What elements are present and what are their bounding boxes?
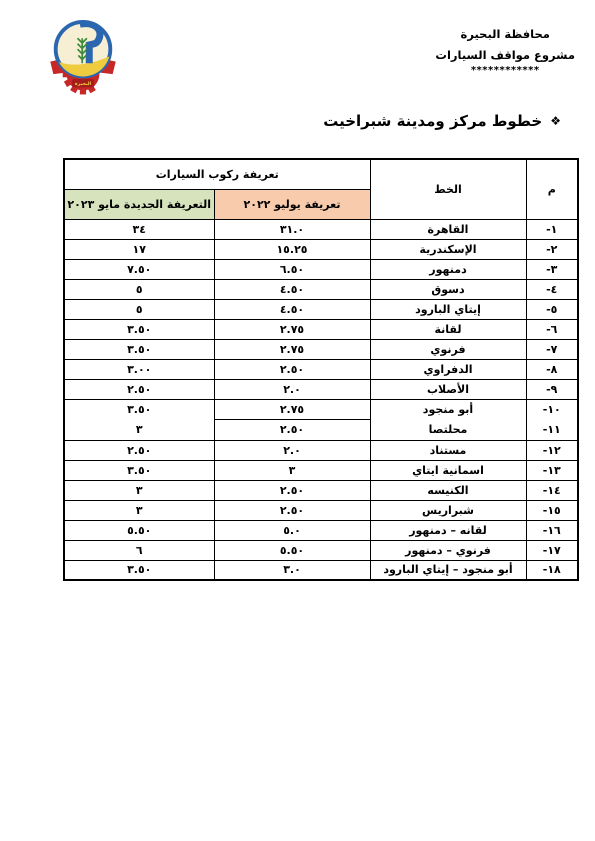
org-name: محافظة البحيرة [435,24,575,45]
row-number-cell: ١٠-١١- [526,399,578,440]
table-row: ١٤-الكنيسه٢.٥٠٣ [64,480,578,500]
row-number-cell: ١٧- [526,540,578,560]
line-name-cell: أبو منجود – إيتاي البارود [370,560,526,580]
new-fare-cell: ٥ [64,299,214,319]
table-row: ١٣-اسمانية ايتاي٣٣.٥٠ [64,460,578,480]
table-row: ١٠-١١-أبو منجودمحلتصا٢.٧٥٣.٥٠٣ [64,399,578,420]
governorate-logo: البحيرة [44,14,122,100]
new-fare-cell: ٣.٥٠ [64,339,214,359]
line-name-cell: فرنوي [370,339,526,359]
new-fare-cell: ٣.٥٠ [64,560,214,580]
row-number-cell: ٦- [526,319,578,339]
org-project: مشروع مواقف السيارات [435,45,575,66]
july-fare-cell: ٤.٥٠ [214,299,370,319]
new-fare-cell: ٣ [64,480,214,500]
table-row: ٥-إيتاي البارود٤.٥٠٥ [64,299,578,319]
line-name-cell: القاهرة [370,219,526,239]
merged-cell-line: أبو منجود [371,400,526,420]
line-name-cell: الأصلاب [370,379,526,399]
merged-cell-line: ١١- [527,420,578,440]
new-fare-cell: ٥ [64,279,214,299]
july-fare-cell: ٣ [214,460,370,480]
table-row: ١٦-لقانه – دمنهور٥.٠٥.٥٠ [64,520,578,540]
line-name-cell: الكنيسه [370,480,526,500]
fares-table-header: م الخط تعريفة ركوب السيارات تعريفة يوليو… [64,159,578,219]
new-fare-cell: ٦ [64,540,214,560]
org-header: محافظة البحيرة مشروع مواقف السيارات ****… [435,24,575,75]
july-fare-cell: ٢.٧٥ [214,319,370,339]
july-fare-cell: ٥.٠ [214,520,370,540]
new-fare-cell: ٧.٥٠ [64,259,214,279]
new-fare-cell: ٣.٥٠ [64,319,214,339]
banner-text: البحيرة [75,81,92,87]
july-fare-cell: ٣١.٠ [214,219,370,239]
new-fare-cell: ٣ [64,500,214,520]
row-number-cell: ٣- [526,259,578,279]
new-fare-cell: ٣.٠٠ [64,359,214,379]
row-number-cell: ٨- [526,359,578,379]
table-row: ٩-الأصلاب٢.٠٢.٥٠ [64,379,578,399]
table-row: ١-القاهرة٣١.٠٣٤ [64,219,578,239]
new-fare-cell: ٢.٥٠ [64,379,214,399]
row-number-cell: ٢- [526,239,578,259]
row-number-cell: ١٤- [526,480,578,500]
row-number-cell: ١٥- [526,500,578,520]
line-name-cell: لقانة [370,319,526,339]
new-fare-cell: ٣.٥٠ [64,460,214,480]
line-name-cell: لقانه – دمنهور [370,520,526,540]
table-row: ٧-فرنوي٢.٧٥٣.٥٠ [64,339,578,359]
fares-table-body: ١-القاهرة٣١.٠٣٤٢-الإسكندرية١٥.٢٥١٧٣-دمنه… [64,219,578,580]
fares-table: م الخط تعريفة ركوب السيارات تعريفة يوليو… [63,158,579,581]
new-fare-cell: ٢.٥٠ [64,440,214,460]
table-row: ٢-الإسكندرية١٥.٢٥١٧ [64,239,578,259]
row-number-cell: ١٢- [526,440,578,460]
july-fare-cell: ٢.٧٥ [214,339,370,359]
merged-cell-line: ٣.٥٠ [65,400,214,420]
line-name-cell: اسمانية ايتاي [370,460,526,480]
row-number-cell: ١٣- [526,460,578,480]
row-number-cell: ١٨- [526,560,578,580]
doc-title-text: خطوط مركز ومدينة شبراخيت [323,112,542,130]
table-row: ١٢-مستناد٢.٠٢.٥٠ [64,440,578,460]
col-header-fare-new: التعريفة الجديدة مايو ٢٠٢٣ [64,189,214,219]
table-row: ١٨-أبو منجود – إيتاي البارود٣.٠٣.٥٠ [64,560,578,580]
col-header-num: م [526,159,578,219]
row-number-cell: ٧- [526,339,578,359]
july-fare-cell: ٢.٥٠ [214,359,370,379]
new-fare-cell: ٥.٥٠ [64,520,214,540]
table-row: ١٧-فرنوي – دمنهور٥.٥٠٦ [64,540,578,560]
july-fare-cell: ٤.٥٠ [214,279,370,299]
table-row: ١٥-شبراريس٢.٥٠٣ [64,500,578,520]
line-name-cell: شبراريس [370,500,526,520]
july-fare-cell: ٢.٥٠ [214,500,370,520]
governorate-logo-emblem: البحيرة [44,14,122,100]
july-fare-cell: ٢.٠ [214,379,370,399]
line-name-cell: إيتاي البارود [370,299,526,319]
diamond-bullet-icon: ❖ [550,115,561,127]
line-name-cell: مستناد [370,440,526,460]
july-fare-cell: ١٥.٢٥ [214,239,370,259]
new-fare-cell: ٣.٥٠٣ [64,399,214,440]
merged-cell-line: محلتصا [371,420,526,440]
merged-cell-line: ١٠- [527,400,578,420]
row-number-cell: ٤- [526,279,578,299]
new-fare-cell: ٣٤ [64,219,214,239]
col-header-fare-group: تعريفة ركوب السيارات [64,159,370,189]
col-header-line: الخط [370,159,526,219]
merged-cell-line: ٣ [65,420,214,440]
new-fare-cell: ١٧ [64,239,214,259]
org-divider: ************ [435,66,575,75]
line-name-cell: الدفراوي [370,359,526,379]
row-number-cell: ١- [526,219,578,239]
doc-title: ❖ خطوط مركز ومدينة شبراخيت [323,112,561,130]
line-name-cell: دسوق [370,279,526,299]
col-header-fare-july: تعريفة يوليو ٢٠٢٢ [214,189,370,219]
july-fare-cell: ٢.٥٠ [214,480,370,500]
table-row: ٤-دسوق٤.٥٠٥ [64,279,578,299]
row-number-cell: ١٦- [526,520,578,540]
july-fare-cell: ٦.٥٠ [214,259,370,279]
row-number-cell: ٥- [526,299,578,319]
line-name-cell: فرنوي – دمنهور [370,540,526,560]
line-name-cell: أبو منجودمحلتصا [370,399,526,440]
row-number-cell: ٩- [526,379,578,399]
document-page: البحيرة محافظة البحيرة مشروع مواقف السيا… [0,0,595,841]
table-row: ٨-الدفراوي٢.٥٠٣.٠٠ [64,359,578,379]
line-name-cell: الإسكندرية [370,239,526,259]
july-fare-cell: ٢.٥٠ [214,420,370,441]
line-name-cell: دمنهور [370,259,526,279]
july-fare-cell: ٢.٠ [214,440,370,460]
july-fare-cell: ٣.٠ [214,560,370,580]
july-fare-cell: ٥.٥٠ [214,540,370,560]
july-fare-cell: ٢.٧٥ [214,399,370,420]
table-row: ٦-لقانة٢.٧٥٣.٥٠ [64,319,578,339]
table-row: ٣-دمنهور٦.٥٠٧.٥٠ [64,259,578,279]
